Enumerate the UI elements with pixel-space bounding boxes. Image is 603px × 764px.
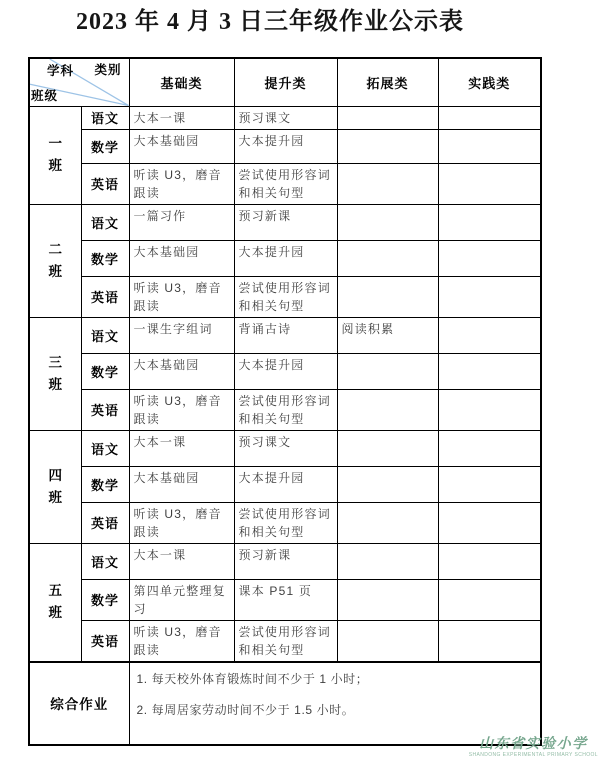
basic-cell: 大本一课 bbox=[129, 106, 234, 129]
subject-cell: 语文 bbox=[81, 204, 129, 240]
basic-cell: 大本基础园 bbox=[129, 353, 234, 389]
column-header-expand: 拓展类 bbox=[337, 58, 438, 106]
subject-cell: 数学 bbox=[81, 579, 129, 620]
subject-cell: 英语 bbox=[81, 502, 129, 543]
improve-cell: 尝试使用形容词和相关句型 bbox=[234, 163, 337, 204]
expand-cell bbox=[337, 543, 438, 579]
basic-cell: 听读 U3，磨音跟读 bbox=[129, 502, 234, 543]
subject-cell: 英语 bbox=[81, 276, 129, 317]
practice-cell bbox=[438, 240, 541, 276]
subject-cell: 数学 bbox=[81, 129, 129, 163]
expand-cell bbox=[337, 466, 438, 502]
practice-cell bbox=[438, 579, 541, 620]
practice-cell bbox=[438, 543, 541, 579]
column-header-improve: 提升类 bbox=[234, 58, 337, 106]
practice-cell bbox=[438, 276, 541, 317]
subject-cell: 英语 bbox=[81, 620, 129, 662]
corner-class-label: 班级 bbox=[31, 90, 58, 103]
practice-cell bbox=[438, 389, 541, 430]
basic-cell: 听读 U3，磨音跟读 bbox=[129, 620, 234, 662]
subject-cell: 数学 bbox=[81, 353, 129, 389]
table-row: 数学 大本基础园 大本提升园 bbox=[29, 353, 541, 389]
table-row: 英语 听读 U3，磨音跟读 尝试使用形容词和相关句型 bbox=[29, 276, 541, 317]
table-row: 数学 大本基础园 大本提升园 bbox=[29, 240, 541, 276]
practice-cell bbox=[438, 502, 541, 543]
expand-cell bbox=[337, 430, 438, 466]
basic-cell: 大本一课 bbox=[129, 543, 234, 579]
improve-cell: 大本提升园 bbox=[234, 129, 337, 163]
improve-cell: 预习新课 bbox=[234, 204, 337, 240]
subject-cell: 数学 bbox=[81, 466, 129, 502]
basic-cell: 大本基础园 bbox=[129, 240, 234, 276]
class-name: 一班 bbox=[47, 133, 63, 176]
improve-cell: 尝试使用形容词和相关句型 bbox=[234, 620, 337, 662]
table-row: 英语 听读 U3，磨音跟读 尝试使用形容词和相关句型 bbox=[29, 502, 541, 543]
summary-label: 综合作业 bbox=[29, 662, 129, 745]
table-row: 英语 听读 U3，磨音跟读 尝试使用形容词和相关句型 bbox=[29, 620, 541, 662]
practice-cell bbox=[438, 317, 541, 353]
expand-cell bbox=[337, 389, 438, 430]
subject-cell: 语文 bbox=[81, 430, 129, 466]
table-row: 英语 听读 U3，磨音跟读 尝试使用形容词和相关句型 bbox=[29, 163, 541, 204]
corner-category-label: 类别 bbox=[94, 64, 121, 77]
class-name: 三班 bbox=[47, 352, 63, 395]
practice-cell bbox=[438, 430, 541, 466]
expand-cell bbox=[337, 276, 438, 317]
basic-cell: 听读 U3，磨音跟读 bbox=[129, 276, 234, 317]
column-header-practice: 实践类 bbox=[438, 58, 541, 106]
practice-cell bbox=[438, 204, 541, 240]
table-row: 五班 语文 大本一课 预习新课 bbox=[29, 543, 541, 579]
subject-cell: 语文 bbox=[81, 543, 129, 579]
table-row: 三班 语文 一课生字组词 背诵古诗 阅读积累 bbox=[29, 317, 541, 353]
basic-cell: 一课生字组词 bbox=[129, 317, 234, 353]
corner-header-cell: 学科 类别 班级 bbox=[29, 58, 129, 106]
improve-cell: 预习课文 bbox=[234, 430, 337, 466]
table-row: 数学 大本基础园 大本提升园 bbox=[29, 129, 541, 163]
class-name: 二班 bbox=[47, 239, 63, 282]
summary-row: 综合作业 1. 每天校外体育锻炼时间不少于 1 小时； 2. 每周居家劳动时间不… bbox=[29, 662, 541, 745]
subject-cell: 英语 bbox=[81, 163, 129, 204]
class-name: 五班 bbox=[47, 580, 63, 623]
basic-cell: 第四单元整理复习 bbox=[129, 579, 234, 620]
basic-cell: 一篇习作 bbox=[129, 204, 234, 240]
class-cell-1: 一班 bbox=[29, 106, 81, 204]
school-name: 山东省实验小学 bbox=[469, 737, 598, 752]
table-row: 一班 语文 大本一课 预习课文 bbox=[29, 106, 541, 129]
subject-cell: 语文 bbox=[81, 106, 129, 129]
table-row: 二班 语文 一篇习作 预习新课 bbox=[29, 204, 541, 240]
expand-cell bbox=[337, 240, 438, 276]
expand-cell bbox=[337, 204, 438, 240]
basic-cell: 听读 U3，磨音跟读 bbox=[129, 389, 234, 430]
summary-item-2: 2. 每周居家劳动时间不少于 1.5 小时。 bbox=[137, 701, 537, 718]
header-row: 学科 类别 班级 基础类 提升类 拓展类 实践类 bbox=[29, 58, 541, 106]
expand-cell bbox=[337, 106, 438, 129]
basic-cell: 大本基础园 bbox=[129, 129, 234, 163]
improve-cell: 大本提升园 bbox=[234, 466, 337, 502]
improve-cell: 背诵古诗 bbox=[234, 317, 337, 353]
table-row: 数学 第四单元整理复习 课本 P51 页 bbox=[29, 579, 541, 620]
class-cell-5: 五班 bbox=[29, 543, 81, 662]
practice-cell bbox=[438, 129, 541, 163]
practice-cell bbox=[438, 163, 541, 204]
improve-cell: 大本提升园 bbox=[234, 353, 337, 389]
class-cell-3: 三班 bbox=[29, 317, 81, 430]
improve-cell: 尝试使用形容词和相关句型 bbox=[234, 502, 337, 543]
homework-table: 学科 类别 班级 基础类 提升类 拓展类 实践类 一班 语文 大本一课 预习课文… bbox=[28, 57, 542, 746]
practice-cell bbox=[438, 466, 541, 502]
improve-cell: 尝试使用形容词和相关句型 bbox=[234, 276, 337, 317]
school-watermark: 山东省实验小学 SHANDONG EXPERIMENTAL PRIMARY SC… bbox=[469, 737, 598, 758]
basic-cell: 大本一课 bbox=[129, 430, 234, 466]
practice-cell bbox=[438, 106, 541, 129]
expand-cell: 阅读积累 bbox=[337, 317, 438, 353]
expand-cell bbox=[337, 579, 438, 620]
practice-cell bbox=[438, 353, 541, 389]
school-name-english: SHANDONG EXPERIMENTAL PRIMARY SCHOOL bbox=[469, 753, 598, 759]
improve-cell: 课本 P51 页 bbox=[234, 579, 337, 620]
subject-cell: 英语 bbox=[81, 389, 129, 430]
improve-cell: 预习新课 bbox=[234, 543, 337, 579]
subject-cell: 语文 bbox=[81, 317, 129, 353]
basic-cell: 听读 U3，磨音跟读 bbox=[129, 163, 234, 204]
table-row: 英语 听读 U3，磨音跟读 尝试使用形容词和相关句型 bbox=[29, 389, 541, 430]
column-header-basic: 基础类 bbox=[129, 58, 234, 106]
improve-cell: 预习课文 bbox=[234, 106, 337, 129]
expand-cell bbox=[337, 129, 438, 163]
summary-body: 1. 每天校外体育锻炼时间不少于 1 小时； 2. 每周居家劳动时间不少于 1.… bbox=[129, 662, 541, 745]
improve-cell: 尝试使用形容词和相关句型 bbox=[234, 389, 337, 430]
class-cell-2: 二班 bbox=[29, 204, 81, 317]
basic-cell: 大本基础园 bbox=[129, 466, 234, 502]
expand-cell bbox=[337, 353, 438, 389]
table-row: 四班 语文 大本一课 预习课文 bbox=[29, 430, 541, 466]
class-name: 四班 bbox=[47, 465, 63, 508]
practice-cell bbox=[438, 620, 541, 662]
table-row: 数学 大本基础园 大本提升园 bbox=[29, 466, 541, 502]
corner-subject-label: 学科 bbox=[47, 65, 74, 78]
expand-cell bbox=[337, 502, 438, 543]
page-title: 2023 年 4 月 3 日三年级作业公示表 bbox=[0, 1, 540, 36]
class-cell-4: 四班 bbox=[29, 430, 81, 543]
improve-cell: 大本提升园 bbox=[234, 240, 337, 276]
summary-item-1: 1. 每天校外体育锻炼时间不少于 1 小时； bbox=[137, 670, 537, 687]
expand-cell bbox=[337, 163, 438, 204]
expand-cell bbox=[337, 620, 438, 662]
subject-cell: 数学 bbox=[81, 240, 129, 276]
